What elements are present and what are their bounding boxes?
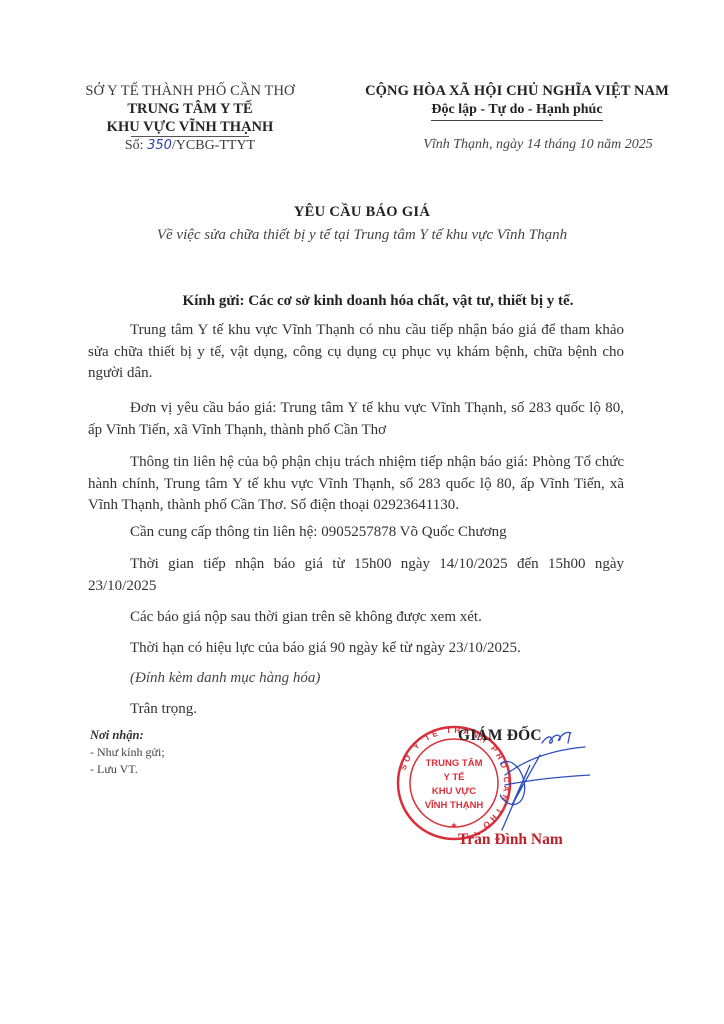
- doc-number-suffix: /YCBG-TTYT: [172, 138, 255, 153]
- body-paragraph: Đơn vị yêu cầu báo giá: Trung tâm Y tế k…: [88, 398, 624, 441]
- doc-number-prefix: Số:: [125, 138, 144, 153]
- body-paragraph: Cần cung cấp thông tin liên hệ: 09052578…: [88, 522, 624, 544]
- department-name: SỞ Y TẾ THÀNH PHỐ CẦN THƠ: [62, 82, 318, 100]
- doc-number-handwritten: 350: [147, 138, 172, 153]
- document-number: Số: 350/YCBG-TTYT: [62, 137, 318, 155]
- attachment-note-block: (Đính kèm danh mục hàng hóa): [88, 668, 624, 690]
- stamp-line1: TRUNG TÂM: [426, 757, 483, 769]
- stamp-line3: KHU VỰC: [432, 786, 476, 797]
- recipient-line: Kính gửi: Các cơ sở kinh doanh hóa chất,…: [88, 293, 668, 310]
- signer-name: Trần Đình Nam: [458, 831, 563, 849]
- svg-text:★: ★: [450, 821, 457, 830]
- handwritten-signature-icon: [500, 725, 590, 835]
- national-title: CỘNG HÒA XÃ HỘI CHỦ NGHĨA VIỆT NAM: [342, 82, 692, 100]
- recipients-list: Nơi nhận: - Như kính gửi; - Lưu VT.: [90, 727, 165, 778]
- attachment-note: (Đính kèm danh mục hàng hóa): [88, 668, 624, 690]
- paragraph-receiving-period: Thời gian tiếp nhận báo giá từ 15h00 ngà…: [88, 554, 624, 597]
- recipient-item: - Lưu VT.: [90, 761, 165, 778]
- org-name-line2: KHU VỰC VĨNH THẠNH: [62, 118, 318, 136]
- recipients-heading: Nơi nhận:: [90, 727, 165, 744]
- org-name-line1: TRUNG TÂM Y TẾ: [62, 100, 318, 118]
- body-paragraph: Thời gian tiếp nhận báo giá từ 15h00 ngà…: [88, 554, 624, 597]
- recipient-item: - Như kính gửi;: [90, 744, 165, 761]
- paragraph-purpose: Trung tâm Y tế khu vực Vĩnh Thạnh có nhu…: [88, 320, 624, 385]
- paragraph-contact-person: Cần cung cấp thông tin liên hệ: 09052578…: [88, 522, 624, 544]
- national-header: CỘNG HÒA XÃ HỘI CHỦ NGHĨA VIỆT NAM Độc l…: [342, 82, 692, 121]
- closing-block: Trân trọng.: [88, 699, 624, 721]
- body-paragraph: Thời hạn có hiệu lực của báo giá 90 ngày…: [88, 638, 624, 660]
- document-title: YÊU CẦU BÁO GIÁ: [0, 204, 724, 221]
- document-subtitle: Về việc sửa chữa thiết bị y tế tại Trung…: [0, 227, 724, 244]
- paragraph-validity: Thời hạn có hiệu lực của báo giá 90 ngày…: [88, 638, 624, 660]
- paragraph-late-submissions: Các báo giá nộp sau thời gian trên sẽ kh…: [88, 607, 624, 629]
- body-paragraph: Các báo giá nộp sau thời gian trên sẽ kh…: [88, 607, 624, 629]
- issuing-authority-header: SỞ Y TẾ THÀNH PHỐ CẦN THƠ TRUNG TÂM Y TẾ…: [62, 82, 318, 155]
- stamp-line2: Y TẾ: [444, 772, 465, 783]
- paragraph-requesting-unit: Đơn vị yêu cầu báo giá: Trung tâm Y tế k…: [88, 398, 624, 441]
- body-paragraph: Thông tin liên hệ của bộ phận chịu trách…: [88, 452, 624, 517]
- paragraph-contact-info: Thông tin liên hệ của bộ phận chịu trách…: [88, 452, 624, 517]
- stamp-line4: VĨNH THẠNH: [425, 800, 484, 811]
- place-date: Vĩnh Thạnh, ngày 14 tháng 10 năm 2025: [378, 137, 698, 153]
- national-motto: Độc lập - Tự do - Hạnh phúc: [431, 100, 602, 121]
- body-paragraph: Trung tâm Y tế khu vực Vĩnh Thạnh có nhu…: [88, 320, 624, 385]
- closing-text: Trân trọng.: [88, 699, 624, 721]
